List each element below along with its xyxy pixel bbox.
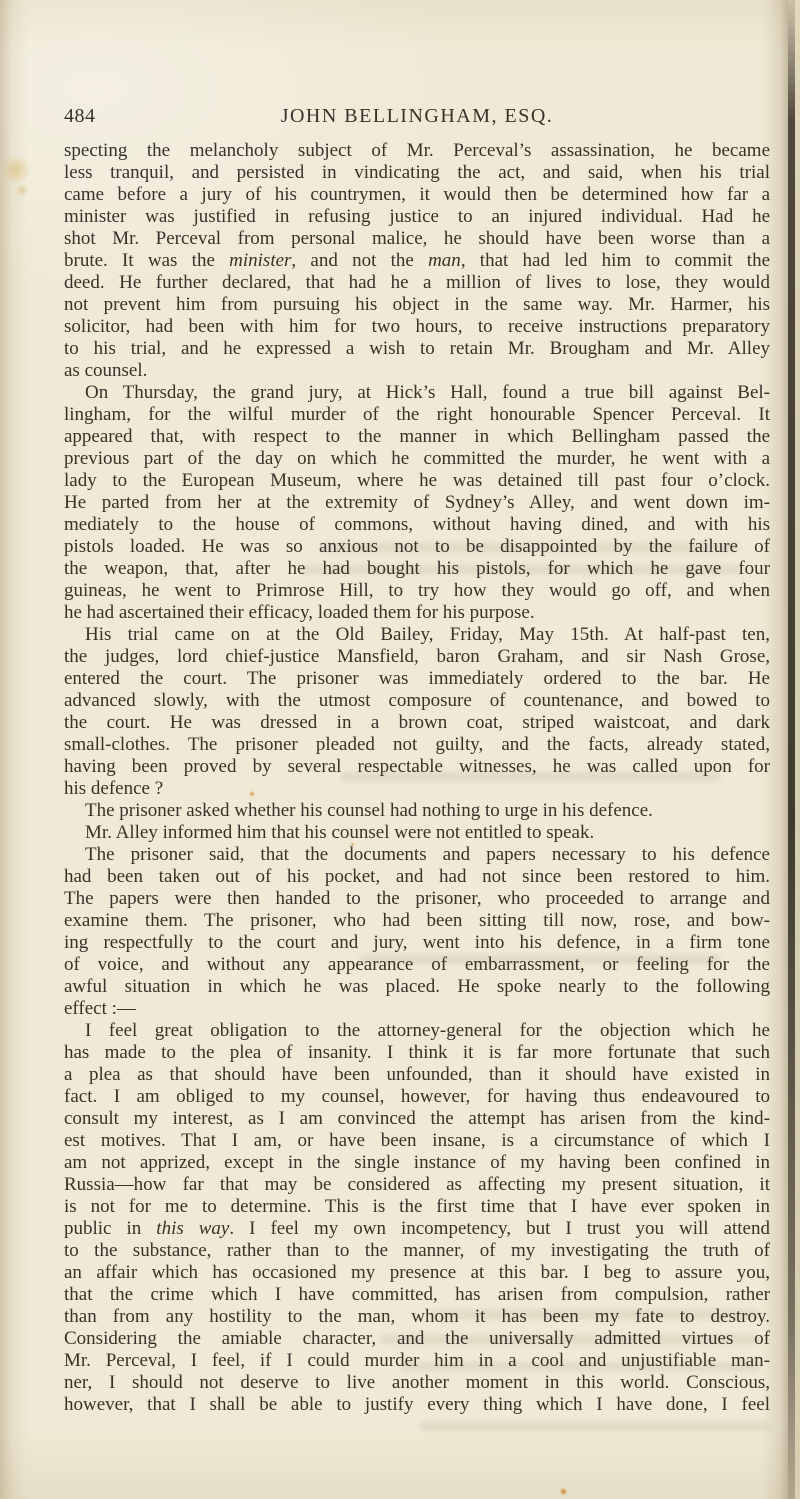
paragraph: The prisoner said, that the documents an… — [64, 844, 770, 1020]
text-line: Considering the amiable character, and t… — [64, 1328, 770, 1350]
text-line: brute. It was the minister, and not the … — [64, 250, 770, 272]
text-line: a plea as that should have been unfounde… — [64, 1064, 770, 1086]
text-line: Mr. Alley informed him that his counsel … — [64, 822, 770, 844]
text-line: The prisoner said, that the documents an… — [64, 844, 770, 866]
text-line: lingham, for the wilful murder of the ri… — [64, 404, 770, 426]
paragraph: Mr. Alley informed him that his counsel … — [64, 822, 770, 844]
gutter-shadow — [0, 0, 28, 1499]
text-line: having been proved by several respectabl… — [64, 756, 770, 778]
text-line: mediately to the house of commons, witho… — [64, 514, 770, 536]
text-line: solicitor, had been with him for two hou… — [64, 316, 770, 338]
text-line: came before a jury of his countrymen, it… — [64, 184, 770, 206]
book-page: 484 JOHN BELLINGHAM, ESQ. specting the m… — [0, 0, 800, 1499]
text-line: the weapon, that, after he had bought hi… — [64, 558, 770, 580]
text-line: His trial came on at the Old Bailey, Fri… — [64, 624, 770, 646]
foxing-stain — [15, 184, 29, 197]
text-line: small-clothes. The prisoner pleaded not … — [64, 734, 770, 756]
text-line: as counsel. — [64, 360, 770, 382]
paragraph: The prisoner asked whether his counsel h… — [64, 800, 770, 822]
text-line: previous part of the day on which he com… — [64, 448, 770, 470]
paragraph: specting the melancholy subject of Mr. P… — [64, 140, 770, 382]
next-page-edge — [795, 0, 800, 1499]
text-line: entered the court. The prisoner was imme… — [64, 668, 770, 690]
text-line: is not for me to determine. This is the … — [64, 1196, 770, 1218]
text-line: his defence ? — [64, 778, 770, 800]
text-line: that the crime which I have committed, h… — [64, 1284, 770, 1306]
text-line: est motives. That I am, or have been ins… — [64, 1130, 770, 1152]
text-line: He parted from her at the extremity of S… — [64, 492, 770, 514]
running-title: JOHN BELLINGHAM, ESQ. — [64, 103, 770, 129]
page-edge-line — [788, 0, 795, 1499]
text-line: appeared that, with respect to the manne… — [64, 426, 770, 448]
text-line: ing respectfully to the court and jury, … — [64, 932, 770, 954]
foxing-speck — [560, 1488, 567, 1495]
text-line: specting the melancholy subject of Mr. P… — [64, 140, 770, 162]
text-line: to his trial, and he expressed a wish to… — [64, 338, 770, 360]
text-line: consult my interest, as I am convinced t… — [64, 1108, 770, 1130]
text-line: an affair which has occasioned my presen… — [64, 1262, 770, 1284]
paragraph: I feel great obligation to the attorney-… — [64, 1020, 770, 1416]
text-line: he had ascertained their efficacy, loade… — [64, 602, 770, 624]
text-line: however, that I shall be able to justify… — [64, 1394, 770, 1416]
text-line: effect :— — [64, 998, 770, 1020]
paragraph: His trial came on at the Old Bailey, Fri… — [64, 624, 770, 800]
text-line: guineas, he went to Primrose Hill, to tr… — [64, 580, 770, 602]
text-line: fact. I am obliged to my counsel, howeve… — [64, 1086, 770, 1108]
text-line: of voice, and without any appearance of … — [64, 954, 770, 976]
text-line: pistols loaded. He was so anxious not to… — [64, 536, 770, 558]
text-line: has made to the plea of insanity. I thin… — [64, 1042, 770, 1064]
paragraph: On Thursday, the grand jury, at Hick’s H… — [64, 382, 770, 624]
text-line: deed. He further declared, that had he a… — [64, 272, 770, 294]
foxing-stain — [0, 156, 32, 184]
text-line: I feel great obligation to the attorney-… — [64, 1020, 770, 1042]
text-line: public in this way. I feel my own incomp… — [64, 1218, 770, 1240]
text-line: The papers were then handed to the priso… — [64, 888, 770, 910]
text-line: advanced slowly, with the utmost composu… — [64, 690, 770, 712]
text-line: had been taken out of his pocket, and ha… — [64, 866, 770, 888]
text-line: to the substance, rather than to the man… — [64, 1240, 770, 1262]
text-line: less tranquil, and persisted in vindicat… — [64, 162, 770, 184]
text-line: Mr. Perceval, I feel, if I could murder … — [64, 1350, 770, 1372]
text-line: The prisoner asked whether his counsel h… — [64, 800, 770, 822]
text-line: minister was justified in refusing justi… — [64, 206, 770, 228]
show-through-ghost — [420, 1422, 770, 1431]
text-line: ner, I should not deserve to live anothe… — [64, 1372, 770, 1394]
text-line: the judges, lord chief-justice Mansfield… — [64, 646, 770, 668]
text-line: than from any hostility to the man, whom… — [64, 1306, 770, 1328]
text-line: lady to the European Museum, where he wa… — [64, 470, 770, 492]
page-body: specting the melancholy subject of Mr. P… — [64, 140, 770, 1416]
text-line: Russia—how far that may be considered as… — [64, 1174, 770, 1196]
running-head: 484 JOHN BELLINGHAM, ESQ. — [64, 103, 770, 129]
text-line: shot Mr. Perceval from personal malice, … — [64, 228, 770, 250]
text-line: the court. He was dressed in a brown coa… — [64, 712, 770, 734]
text-line: awful situation in which he was placed. … — [64, 976, 770, 998]
text-line: examine them. The prisoner, who had been… — [64, 910, 770, 932]
text-line: not prevent him from pursuing his object… — [64, 294, 770, 316]
text-line: On Thursday, the grand jury, at Hick’s H… — [64, 382, 770, 404]
text-line: am not apprized, except in the single in… — [64, 1152, 770, 1174]
